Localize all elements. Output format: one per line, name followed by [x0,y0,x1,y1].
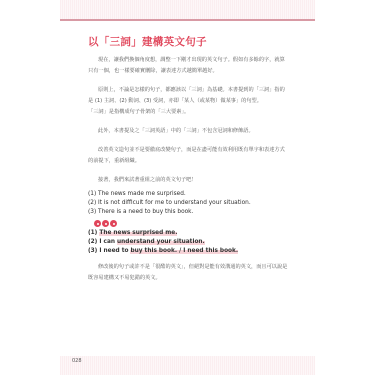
section-title: 以「三詞」建構英文句子 [88,34,288,49]
highlight: The news surprised me. [99,230,177,236]
highlight: understand your situation. [117,239,205,245]
footer-band [60,356,315,375]
original-examples: (1) The news made me surprised. (2) It i… [88,190,288,217]
page-content: 以「三詞」建構英文句子 現在，讓我們換個角度想，調整一下剛才出現的英文句子。假如… [88,34,288,292]
revision-badges [94,220,288,227]
revised-example-3: (3) I need to buy this book. / I need th… [88,247,288,256]
paragraph-3: 「三詞」是指構成句子骨架的「三大要素」。 [88,107,288,118]
revised-examples: (1) The news surprised me. (2) I can und… [88,229,288,256]
header-band [60,0,315,19]
header-rule [60,19,315,21]
original-example-2: (2) It is not difficult for me to unders… [88,199,288,208]
revised-example-2: (2) I can understand your situation. [88,238,288,247]
badge-icon [94,220,101,227]
highlight: buy this book. / I need this book. [130,248,238,254]
paragraph-5: 改善英文造句並不是要徹底改變句子，而是在盡可能有效利用既有單字和表達方式的前提下… [88,145,288,167]
original-example-3: (3) There is a need to buy this book. [88,208,288,217]
paragraph-4: 此外，本書提及之「三詞英語」中的「三詞」不包含冠詞和修飾語。 [88,126,288,137]
page-number: 028 [72,358,82,364]
badge-icon [102,220,109,227]
book-page: 以「三詞」建構英文句子 現在，讓我們換個角度想，調整一下剛才出現的英文句子。假如… [60,0,315,375]
paragraph-1: 現在，讓我們換個角度想，調整一下剛才出現的英文句子。假如有多餘的字，就算只有一個… [88,55,288,77]
paragraph-2: 原則上，不論是怎樣的句子，都應該以「三詞」為基礎。本書提到的「三詞」指的是 (1… [88,85,288,107]
closing-paragraph: 修改後的句子或許不是「很酷的英文」，但絕對是能有效溝通的英文，而且可以說是既容易… [88,262,288,284]
original-example-1: (1) The news made me surprised. [88,190,288,199]
badge-icon [110,220,117,227]
revised-example-1: (1) The news surprised me. [88,229,288,238]
paragraph-6: 接著，我們來試著重組之前的英文句子吧！ [88,175,288,186]
